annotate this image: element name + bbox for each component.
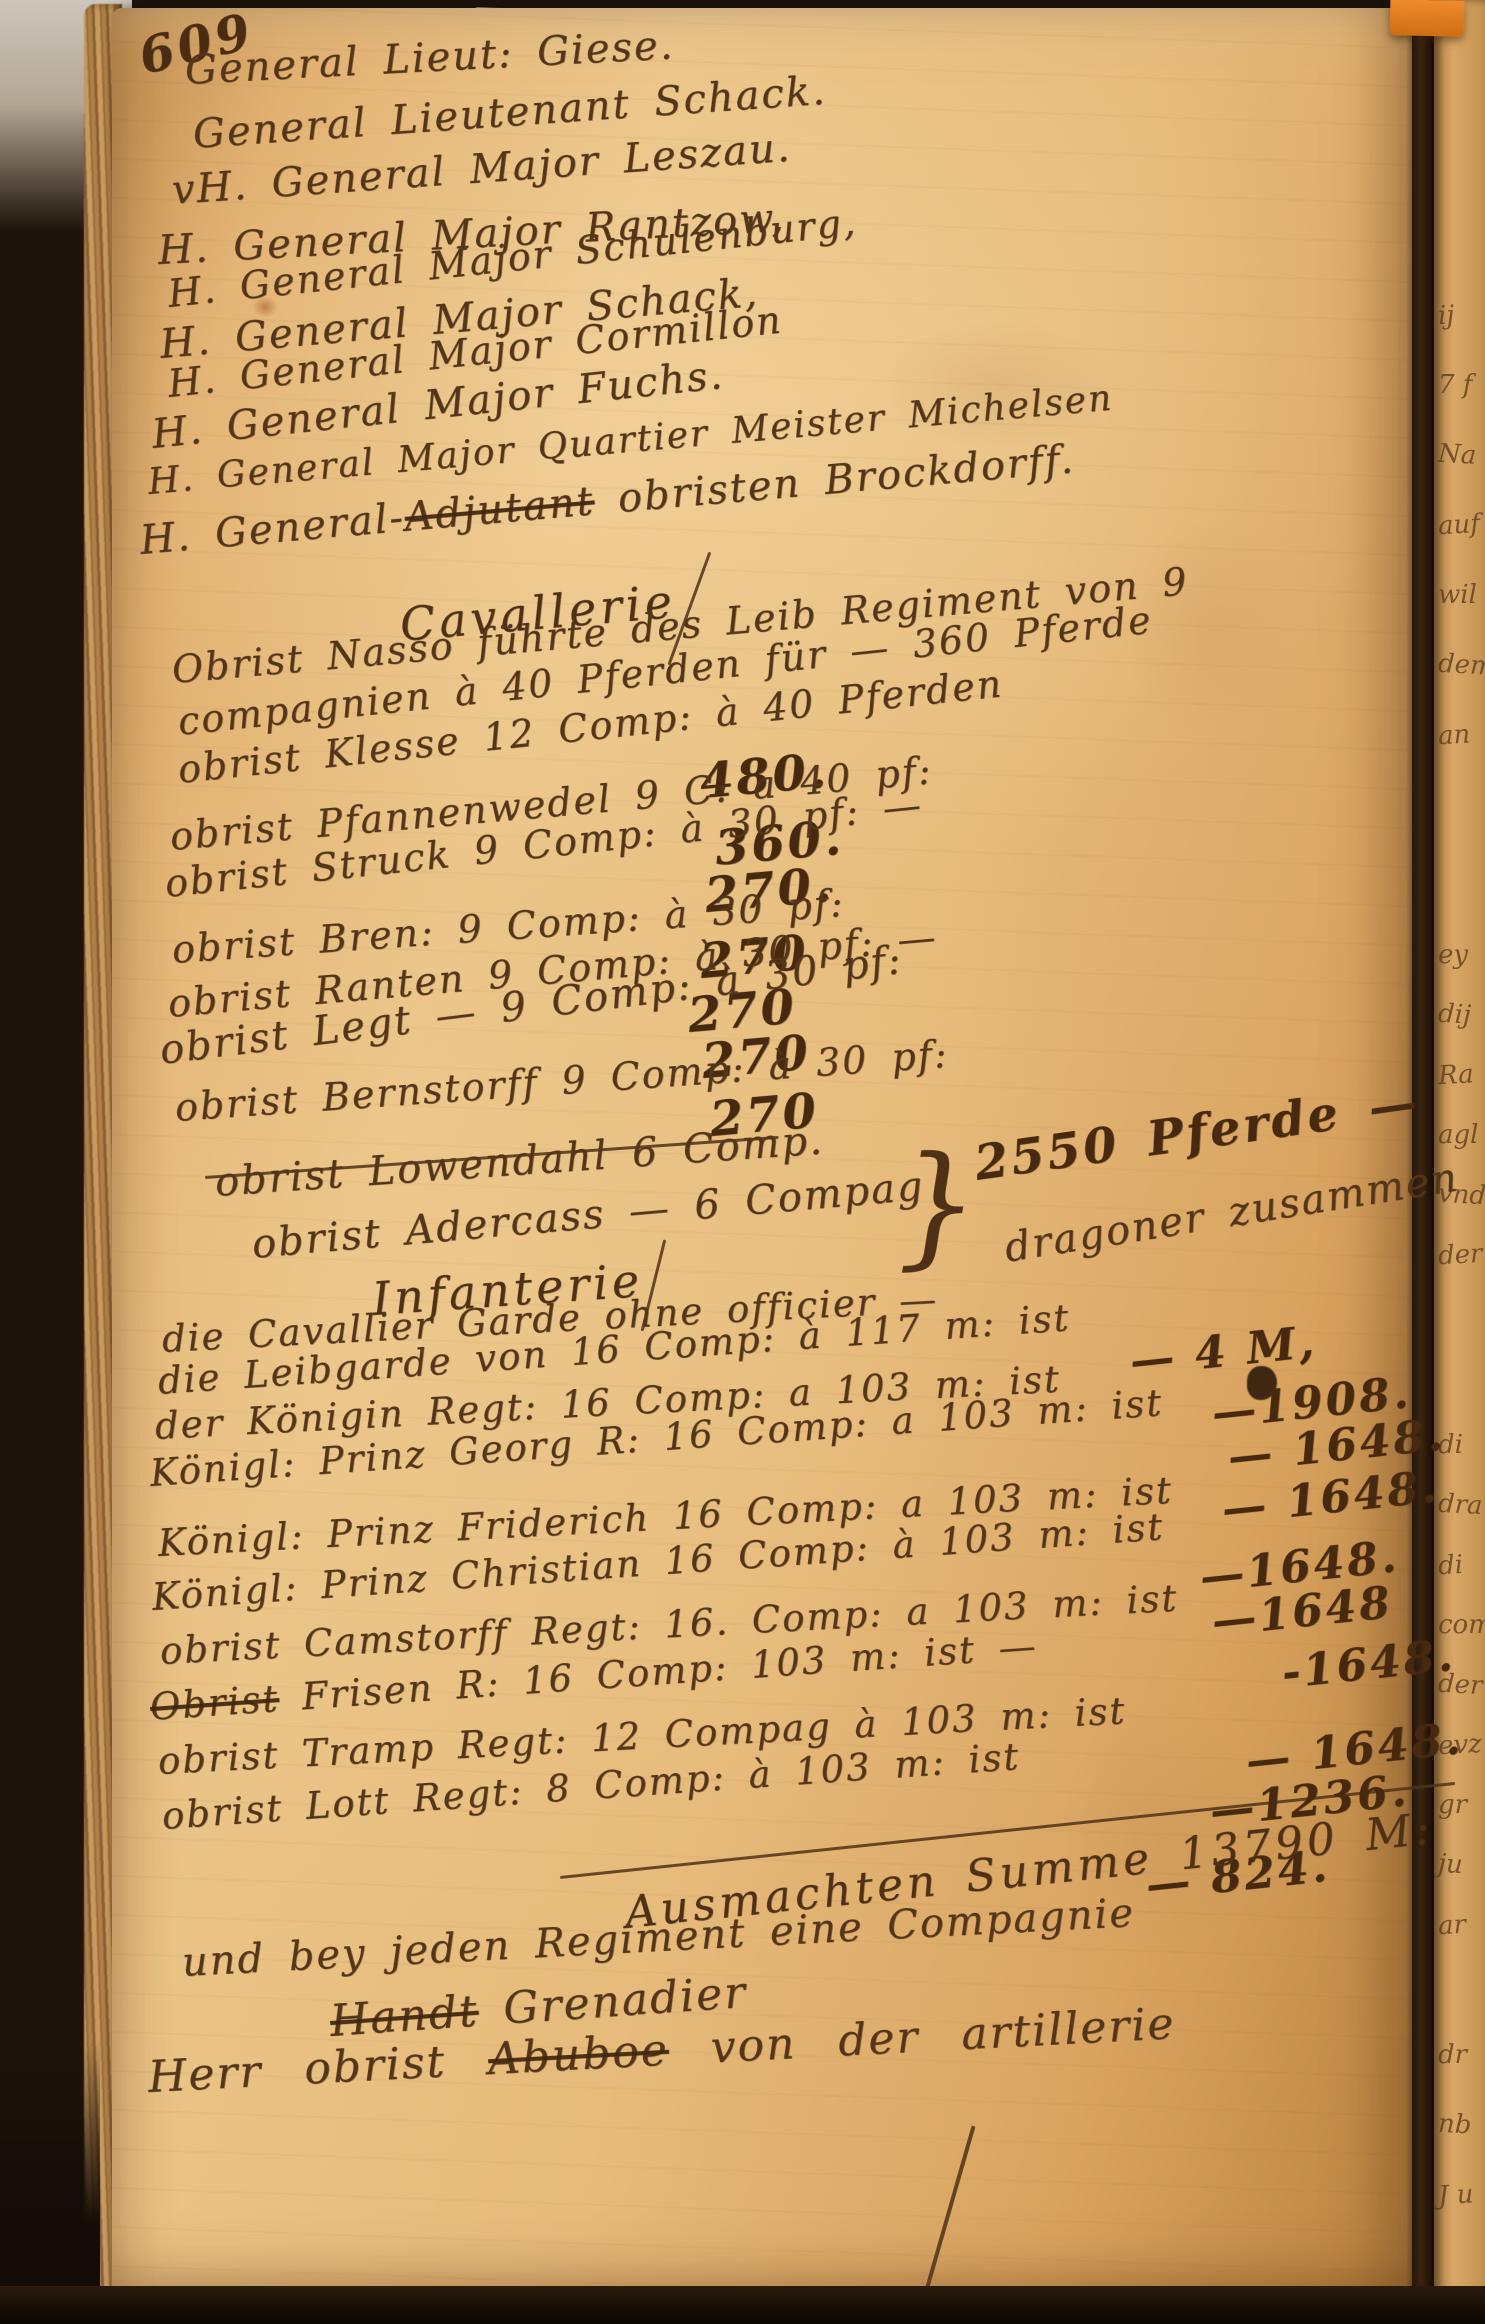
struck-text: Abuboe — [487, 2025, 670, 2085]
handwriting-layer: 609General Lieut: Giese.General Lieutena… — [0, 0, 1485, 2324]
manuscript-scan: ij7 fNaaufwildemaneydijRaaglvndderdidrad… — [0, 0, 1485, 2324]
line-value: — 4 M, — [1127, 1317, 1319, 1387]
struck-text: Adjutant — [403, 478, 597, 540]
brace: } — [892, 1127, 981, 1284]
bottom-left-shadow — [0, 2040, 100, 2324]
scan-bottom-edge — [0, 2286, 1485, 2324]
line-text: Herr obrist — [147, 2034, 490, 2103]
struck-text: Obrist — [149, 1677, 281, 1729]
line-value: -1648. — [1279, 1630, 1457, 1699]
line-text: H. General- — [138, 495, 407, 564]
